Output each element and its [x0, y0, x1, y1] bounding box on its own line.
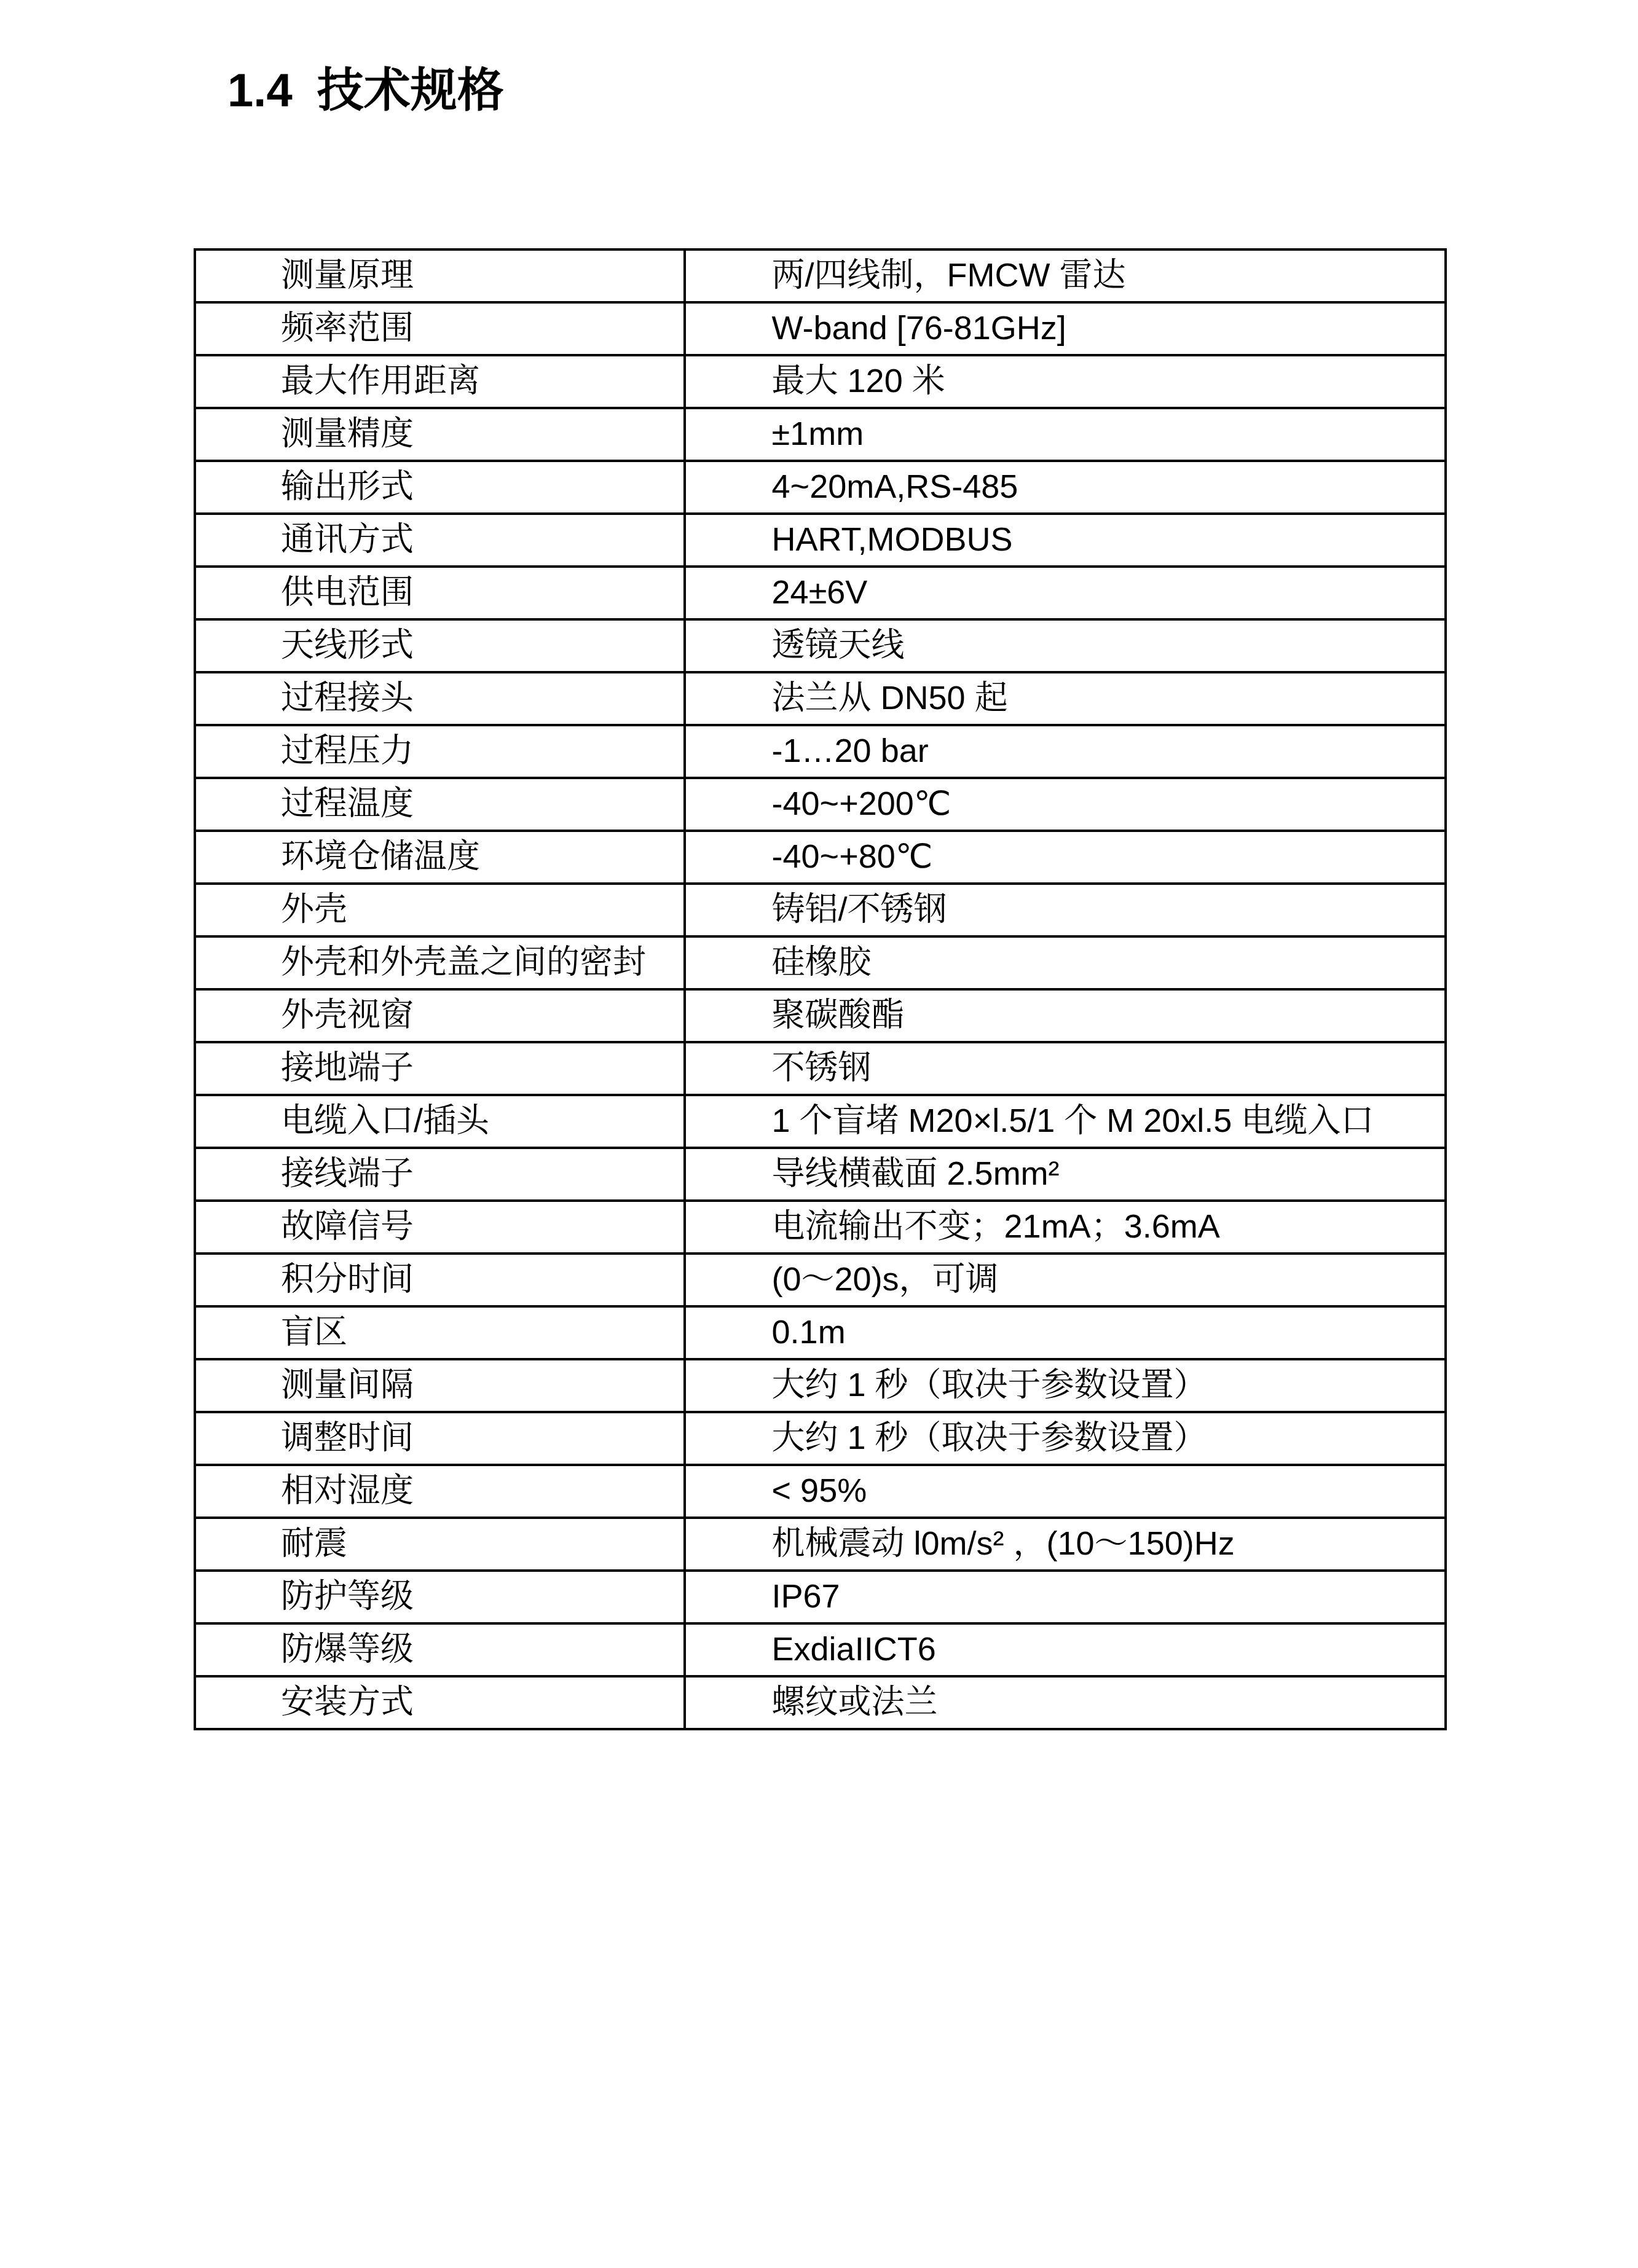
table-row: 故障信号 电流输出不变；21mA；3.6mA [195, 1201, 1446, 1254]
spec-value: 螺纹或法兰 [685, 1676, 1446, 1729]
table-row: 测量间隔 大约 1 秒（取决于参数设置） [195, 1359, 1446, 1412]
table-row: 通讯方式 HART,MODBUS [195, 514, 1446, 567]
table-row: 电缆入口/插头 1 个盲堵 M20×l.5/1 个 M 20xl.5 电缆入口 [195, 1095, 1446, 1148]
spec-label: 环境仓储温度 [195, 831, 685, 884]
section-title: 1.4技术规格 [227, 61, 504, 120]
section-number: 1.4 [227, 65, 293, 117]
spec-value: 大约 1 秒（取决于参数设置） [685, 1412, 1446, 1465]
spec-label: 防爆等级 [195, 1623, 685, 1676]
table-row: 过程接头 法兰从 DN50 起 [195, 672, 1446, 725]
spec-label: 频率范围 [195, 302, 685, 355]
spec-label: 过程接头 [195, 672, 685, 725]
spec-value: 透镜天线 [685, 619, 1446, 672]
table-row: 测量原理 两/四线制，FMCW 雷达 [195, 249, 1446, 302]
spec-value: 聚碳酸酯 [685, 989, 1446, 1042]
spec-label: 外壳和外壳盖之间的密封 [195, 936, 685, 989]
spec-label: 过程压力 [195, 725, 685, 778]
spec-value: 1 个盲堵 M20×l.5/1 个 M 20xl.5 电缆入口 [685, 1095, 1446, 1148]
document-page: 1.4技术规格 测量原理 两/四线制，FMCW 雷达 频率范围 W-band [… [0, 0, 1638, 2268]
table-row: 防爆等级 ExdiaIICT6 [195, 1623, 1446, 1676]
spec-value: -40~+80℃ [685, 831, 1446, 884]
spec-label: 盲区 [195, 1306, 685, 1359]
spec-label: 接地端子 [195, 1042, 685, 1095]
spec-label: 接线端子 [195, 1148, 685, 1201]
spec-label: 测量精度 [195, 408, 685, 461]
spec-value: W-band [76-81GHz] [685, 302, 1446, 355]
table-row: 天线形式 透镜天线 [195, 619, 1446, 672]
table-row: 过程温度 -40~+200℃ [195, 778, 1446, 831]
spec-label: 调整时间 [195, 1412, 685, 1465]
spec-label: 安装方式 [195, 1676, 685, 1729]
spec-value: 导线横截面 2.5mm² [685, 1148, 1446, 1201]
spec-value: 电流输出不变；21mA；3.6mA [685, 1201, 1446, 1254]
spec-value: (0～20)s，可调 [685, 1254, 1446, 1306]
table-row: 外壳 铸铝/不锈钢 [195, 884, 1446, 936]
spec-table-body: 测量原理 两/四线制，FMCW 雷达 频率范围 W-band [76-81GHz… [195, 249, 1446, 1729]
spec-label: 最大作用距离 [195, 355, 685, 408]
spec-label: 通讯方式 [195, 514, 685, 567]
table-row: 接线端子 导线横截面 2.5mm² [195, 1148, 1446, 1201]
spec-value: -40~+200℃ [685, 778, 1446, 831]
table-row: 防护等级 IP67 [195, 1571, 1446, 1623]
spec-value: IP67 [685, 1571, 1446, 1623]
spec-value: 最大 120 米 [685, 355, 1446, 408]
table-row: 测量精度 ±1mm [195, 408, 1446, 461]
spec-label: 防护等级 [195, 1571, 685, 1623]
spec-value: 不锈钢 [685, 1042, 1446, 1095]
spec-value: 大约 1 秒（取决于参数设置） [685, 1359, 1446, 1412]
spec-label: 积分时间 [195, 1254, 685, 1306]
spec-value: < 95% [685, 1465, 1446, 1518]
table-row: 环境仓储温度 -40~+80℃ [195, 831, 1446, 884]
spec-value: 铸铝/不锈钢 [685, 884, 1446, 936]
table-row: 供电范围 24±6V [195, 567, 1446, 619]
spec-value: 两/四线制，FMCW 雷达 [685, 249, 1446, 302]
spec-label: 外壳视窗 [195, 989, 685, 1042]
spec-label: 供电范围 [195, 567, 685, 619]
spec-value: -1…20 bar [685, 725, 1446, 778]
table-row: 耐震 机械震动 l0m/s² ，(10～150)Hz [195, 1518, 1446, 1571]
table-row: 频率范围 W-band [76-81GHz] [195, 302, 1446, 355]
spec-value: 24±6V [685, 567, 1446, 619]
table-row: 盲区 0.1m [195, 1306, 1446, 1359]
table-row: 最大作用距离 最大 120 米 [195, 355, 1446, 408]
spec-value: 4~20mA,RS-485 [685, 461, 1446, 514]
table-row: 调整时间 大约 1 秒（取决于参数设置） [195, 1412, 1446, 1465]
spec-label: 相对湿度 [195, 1465, 685, 1518]
table-row: 相对湿度 < 95% [195, 1465, 1446, 1518]
table-row: 过程压力 -1…20 bar [195, 725, 1446, 778]
table-row: 积分时间 (0～20)s，可调 [195, 1254, 1446, 1306]
table-row: 安装方式 螺纹或法兰 [195, 1676, 1446, 1729]
spec-label: 过程温度 [195, 778, 685, 831]
spec-table: 测量原理 两/四线制，FMCW 雷达 频率范围 W-band [76-81GHz… [194, 248, 1447, 1730]
table-row: 外壳和外壳盖之间的密封 硅橡胶 [195, 936, 1446, 989]
spec-value: 机械震动 l0m/s² ，(10～150)Hz [685, 1518, 1446, 1571]
spec-value: 硅橡胶 [685, 936, 1446, 989]
table-row: 输出形式 4~20mA,RS-485 [195, 461, 1446, 514]
spec-label: 耐震 [195, 1518, 685, 1571]
spec-value: ±1mm [685, 408, 1446, 461]
spec-label: 外壳 [195, 884, 685, 936]
spec-label: 输出形式 [195, 461, 685, 514]
table-row: 外壳视窗 聚碳酸酯 [195, 989, 1446, 1042]
spec-label: 测量原理 [195, 249, 685, 302]
spec-label: 天线形式 [195, 619, 685, 672]
spec-label: 电缆入口/插头 [195, 1095, 685, 1148]
spec-label: 测量间隔 [195, 1359, 685, 1412]
table-row: 接地端子 不锈钢 [195, 1042, 1446, 1095]
spec-label: 故障信号 [195, 1201, 685, 1254]
spec-value: 法兰从 DN50 起 [685, 672, 1446, 725]
section-title-text: 技术规格 [317, 65, 504, 117]
spec-value: ExdiaIICT6 [685, 1623, 1446, 1676]
spec-value: HART,MODBUS [685, 514, 1446, 567]
spec-value: 0.1m [685, 1306, 1446, 1359]
